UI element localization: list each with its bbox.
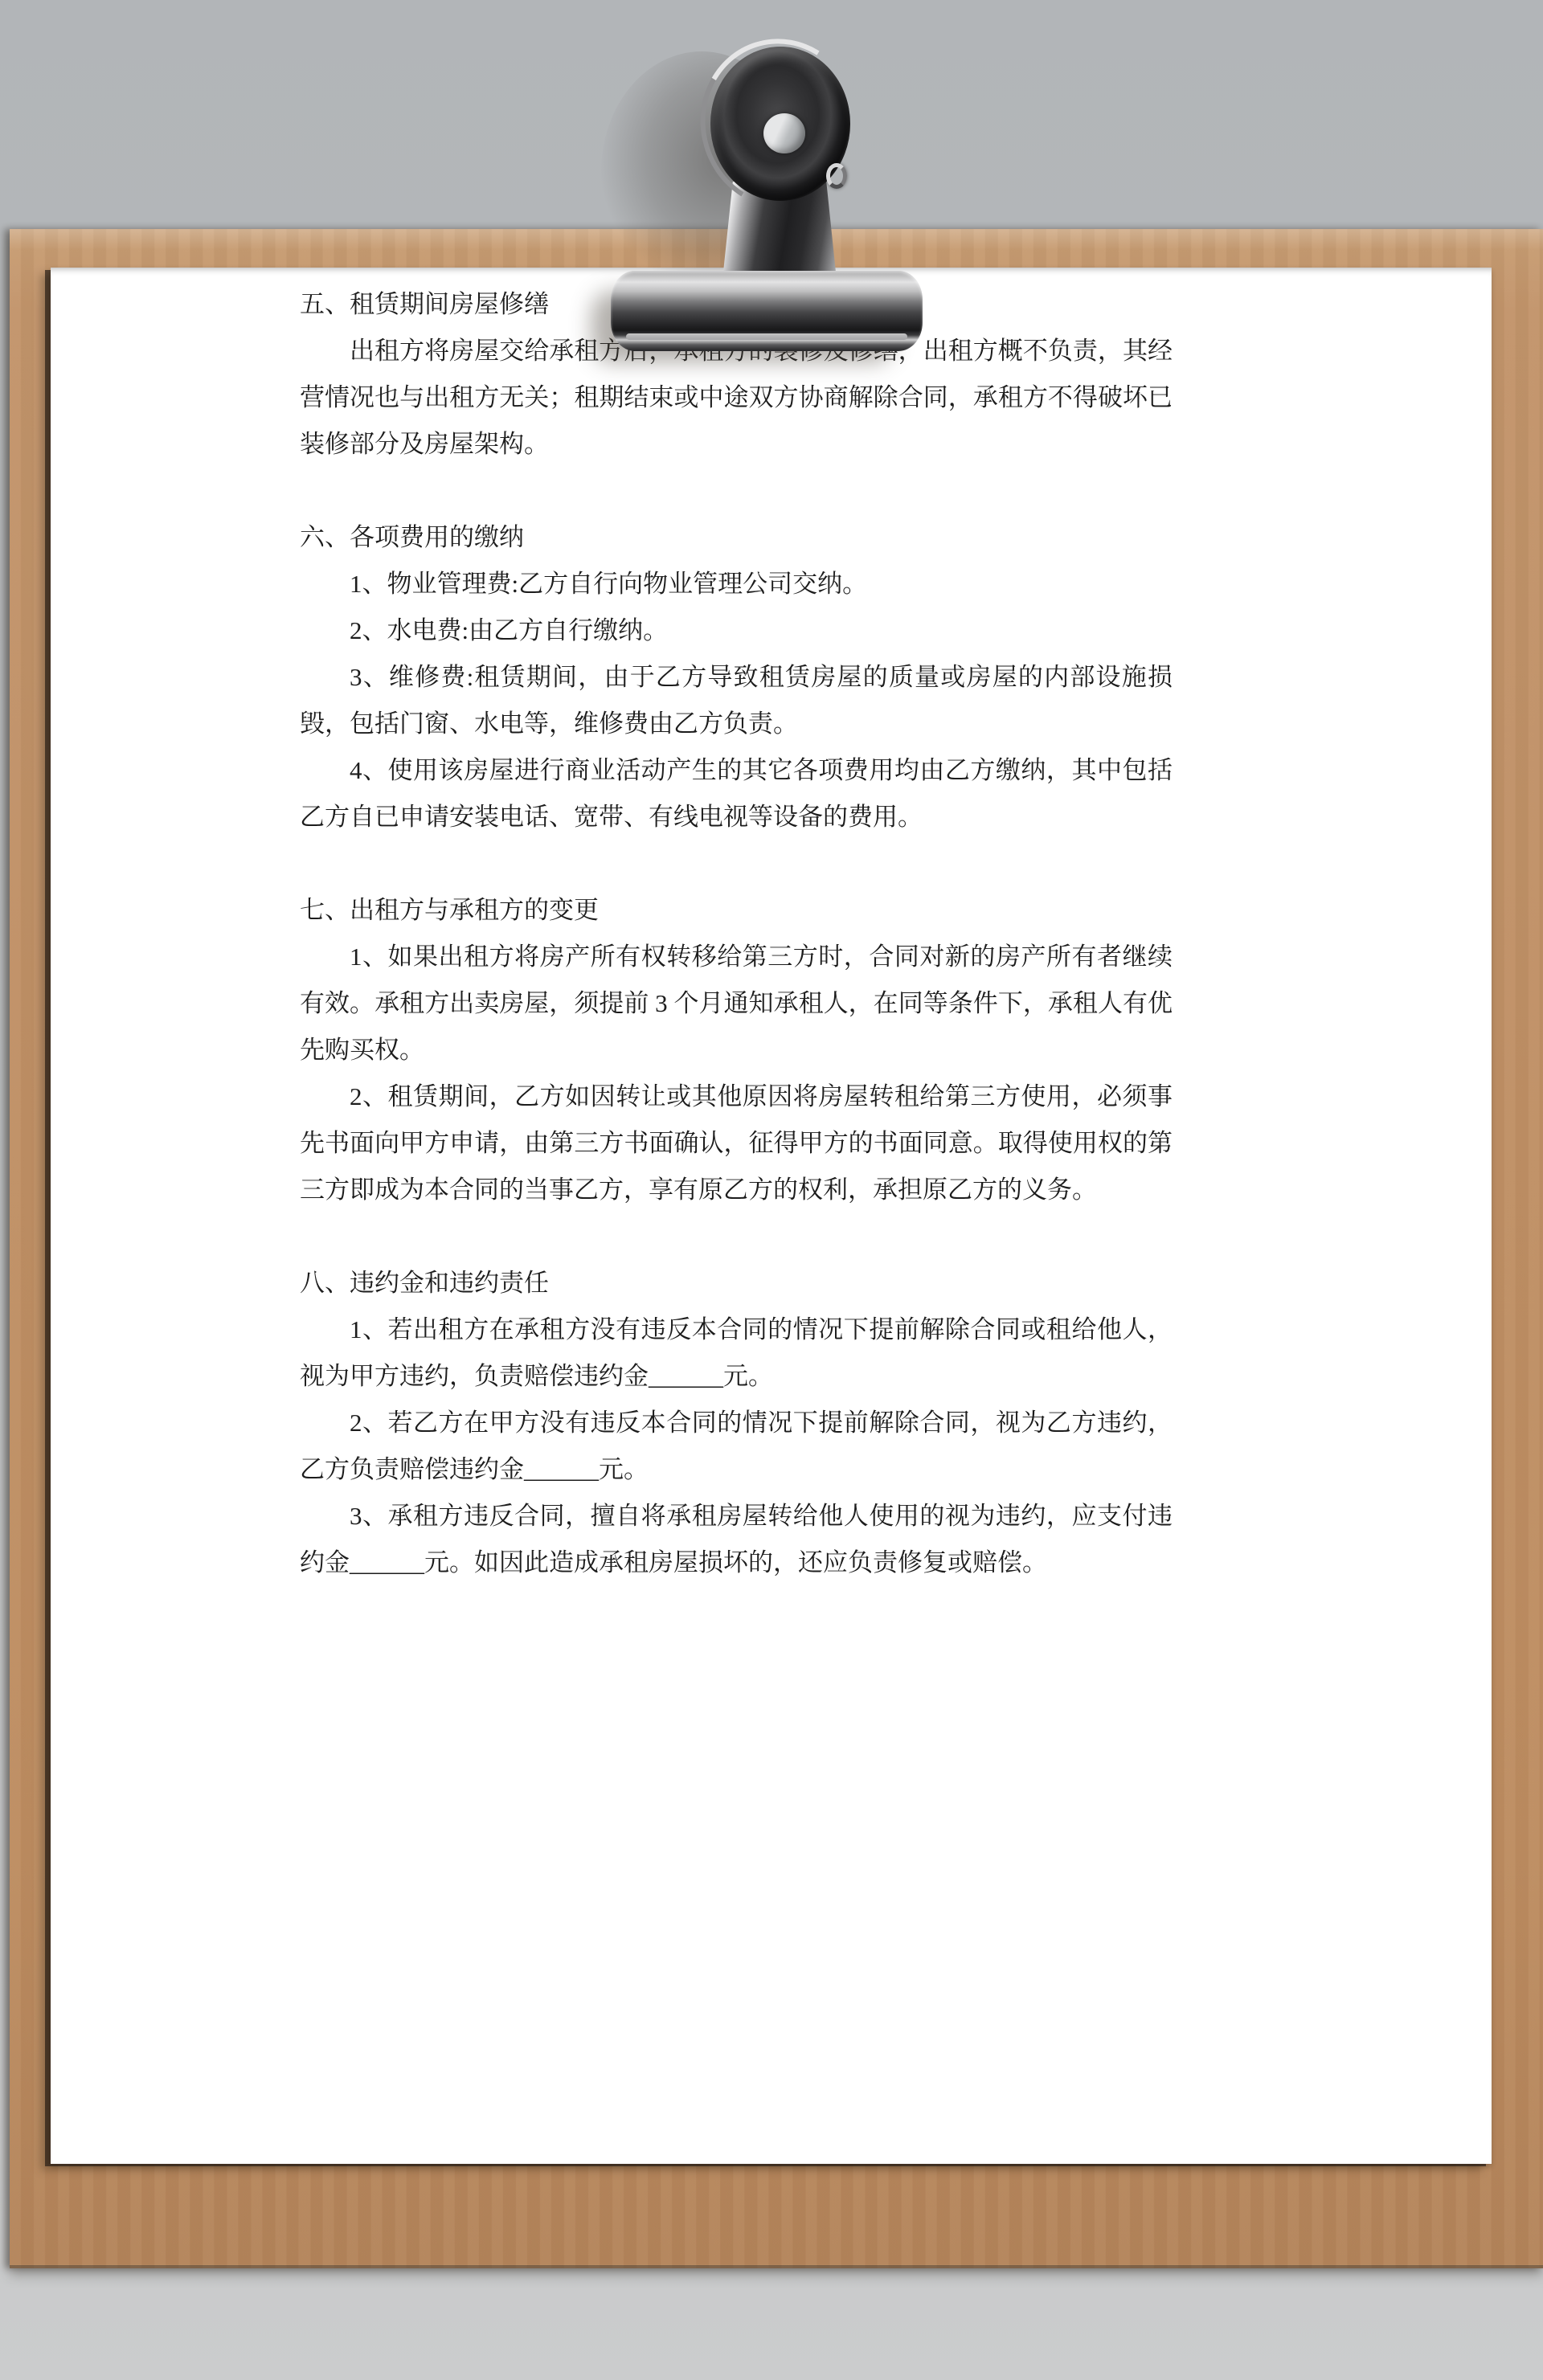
section-heading: 七、出租方与承租方的变更 — [300, 887, 1173, 934]
contract-section-7: 七、出租方与承租方的变更 1、如果出租方将房产所有权转移给第三方时，合同对新的房… — [300, 887, 1173, 1213]
paragraph: 2、租赁期间，乙方如因转让或其他原因将房屋转租给第三方使用，必须事先书面向甲方申… — [300, 1073, 1173, 1213]
section-heading: 六、各项费用的缴纳 — [300, 514, 1173, 561]
contract-section-6: 六、各项费用的缴纳 1、物业管理费:乙方自行向物业管理公司交纳。 2、水电费:由… — [300, 514, 1173, 840]
photo-background: { "document": { "sections": [ { "heading… — [0, 0, 1543, 2380]
contract-section-8: 八、违约金和违约责任 1、若出租方在承租方没有违反本合同的情况下提前解除合同或租… — [300, 1260, 1173, 1586]
paragraph: 1、如果出租方将房产所有权转移给第三方时，合同对新的房产所有者继续有效。承租方出… — [300, 934, 1173, 1073]
paragraph: 1、物业管理费:乙方自行向物业管理公司交纳。 — [300, 561, 1173, 607]
paragraph: 2、若乙方在甲方没有违反本合同的情况下提前解除合同，视为乙方违约，乙方负责赔偿违… — [300, 1400, 1173, 1493]
clip-bar — [611, 271, 923, 351]
contract-document: 五、租赁期间房屋修缮 出租方将房屋交给承租方后，承租方的装修及修缮，出租方概不负… — [300, 281, 1173, 1586]
paragraph: 3、维修费:租赁期间，由于乙方导致租赁房屋的质量或房屋的内部设施损毁，包括门窗、… — [300, 654, 1173, 747]
section-heading: 八、违约金和违约责任 — [300, 1260, 1173, 1307]
paragraph: 3、承租方违反合同，擅自将承租房屋转给他人使用的视为违约，应支付违约金_____… — [300, 1493, 1173, 1586]
clip-coil-hole-icon — [763, 113, 805, 153]
paragraph: 2、水电费:由乙方自行缴纳。 — [300, 607, 1173, 654]
paragraph: 1、若出租方在承租方没有违反本合同的情况下提前解除合同或租给他人，视为甲方违约，… — [300, 1307, 1173, 1400]
paragraph: 4、使用该房屋进行商业活动产生的其它各项费用均由乙方缴纳，其中包括乙方自已申请安… — [300, 747, 1173, 840]
clip-lever-hook-icon — [826, 163, 847, 189]
